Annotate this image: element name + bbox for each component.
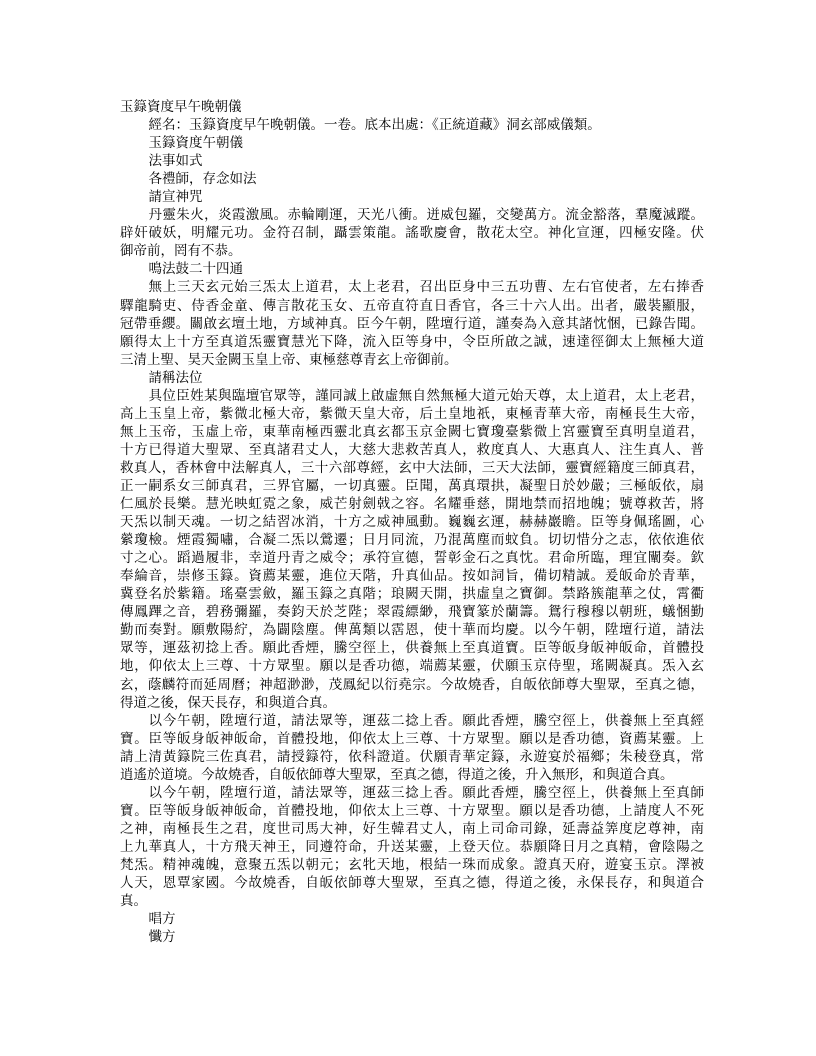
text-line: 請上清黃籙院三佐真君，請授籙符，依科證道。伏願青華定籙，永遊宴於福鄉；朱稜登真，…	[120, 748, 704, 766]
text-line: 之神，南極長生之君，度世司馬大神，好生韓君丈人，南上司命司錄，延壽益筭度戹尊神，…	[120, 820, 704, 838]
text-line: 得道之後，保天長存，和與道合真。	[120, 694, 704, 712]
text-line: 冀登名於紫籍。瑤臺雲斂，羅玉籙之真階；琅闕天開，拱虛皇之寶御。禁路簇龍華之仗，霄…	[120, 585, 704, 603]
text-line: 正一嗣系女三師真君，三界官屬，一切真靈。臣聞，萬真環拱，凝聖日於妙嚴；三極皈依，…	[120, 477, 704, 495]
text-line: 上九華真人，十方飛天神王，同遵符命，升送某靈，上登天位。恭願降日月之真精，會陰陽…	[120, 838, 704, 856]
text-line: 人天，恩覃家國。今故燒香，自皈依師尊大聖眾，至真之德，得道之後，永保長存，和與道…	[120, 874, 704, 892]
paragraph: 以今午朝，陞壇行道，請法眾等，運茲三捻上香。願此香煙，騰空徑上，供養無上至真師 …	[120, 784, 704, 910]
text-line: 梵炁。精神魂魄，意聚五炁以朝元；玄牝天地，根結一珠而成象。證真天府，遊宴玉京。澤…	[120, 856, 704, 874]
text-line: 丹靈朱火，炎霞激風。赤輪剛運，天光八衝。迸威包羅，交變萬方。流金豁落，羣魔滅蹤。	[120, 206, 704, 224]
text-line: 以今午朝，陞壇行道，請法眾等，運茲三捻上香。願此香煙，騰空徑上，供養無上至真師	[120, 784, 704, 802]
document-page: 玉籙資度早午晚朝儀 經名：玉籙資度早午晚朝儀。一卷。底本出處：《正統道藏》洞玄部…	[0, 0, 816, 1056]
text-line: 仁風於長樂。慧光映虹霓之象，威芒射劍戟之容。名耀垂慈，開地禁而招地魄；號尊救苦，…	[120, 495, 704, 513]
text-line: 以今午朝，陞壇行道，請法眾等，運茲二捻上香。願此香煙，騰空徑上，供養無上至真經	[120, 712, 704, 730]
text-line: 地，仰依太上三尊、十方眾聖。願以是香功德，端薦某靈，伏願玉京侍聖，瑤闕凝真。炁入…	[120, 657, 704, 675]
text-line: 勤而奏對。願敷陽紵，為闢陰塵。俾萬類以霑恩，使十華而均慶。以今午朝，陞壇行道，請…	[120, 621, 704, 639]
paragraph: 丹靈朱火，炎霞激風。赤輪剛運，天光八衝。迸威包羅，交變萬方。流金豁落，羣魔滅蹤。…	[120, 206, 704, 260]
section-heading: 法事如式	[120, 152, 704, 170]
text-line: 眾等，運茲初捻上香。願此香煙，騰空徑上，供養無上至真道寶。臣等皈身皈神皈命，首體…	[120, 639, 704, 657]
text-line: 寶。臣等皈身皈神皈命，首體投地，仰依太上三尊、十方眾聖。願以是香功德，上請度人不…	[120, 802, 704, 820]
section-heading: 各禮師，存念如法	[120, 170, 704, 188]
document-subtitle: 玉籙資度午朝儀	[120, 134, 704, 152]
text-line: 救真人，香林會中法解真人，三十六部尊經，玄中大法師，三天大法師，靈寶經籍度三師真…	[120, 459, 704, 477]
text-line: 寶。臣等皈身皈神皈命，首體投地，仰依太上三尊、十方眾聖。願以是香功德，資薦某靈。…	[120, 730, 704, 748]
section-heading: 請宣神咒	[120, 188, 704, 206]
text-line: 冠帶垂纓。關啟玄壇土地，方域神真。臣今午朝，陞壇行道，謹奏為入意其諸忱悃，已錄告…	[120, 315, 704, 333]
text-line: 無上三天玄元始三炁太上道君，太上老君，召出臣身中三五功曹、左右官使者，左右捧香	[120, 278, 704, 296]
text-line: 驛龍騎吏、侍香金童、傳言散花玉女、五帝直符直日香官，各三十六人出。出者，嚴裝顯服…	[120, 297, 704, 315]
text-line: 高上玉皇上帝，紫微北極大帝，紫微天皇大帝，后土皇地祇，東極青華大帝，南極長生大帝…	[120, 405, 704, 423]
section-heading: 唱方	[120, 910, 704, 928]
section-heading: 請稱法位	[120, 369, 704, 387]
text-line: 奉綸音，崇修玉籙。資薦某靈，進位天階，升真仙品。按如詞旨，備切精誠。爰皈命於青華…	[120, 567, 704, 585]
paragraph: 具位臣姓某與臨壇官眾等，謹同誠上啟虛無自然無極大道元始天尊，太上道君，太上老君，…	[120, 387, 704, 712]
text-line: 寸之心。蹈過履非，幸道丹青之威令；承符宣德，誓彰金石之真忱。君命所臨，理宜闡奏。…	[120, 549, 704, 567]
source-note: 經名：玉籙資度早午晚朝儀。一卷。底本出處：《正統道藏》洞玄部威儀類。	[120, 116, 704, 134]
text-line: 辟奸破妖，明耀元功。金符召制，躡雲策龍。謠歌慶會，散花太空。神化宣運，四極安隆。…	[120, 224, 704, 242]
text-line: 御帝前，罔有不恭。	[120, 242, 704, 260]
text-line: 天炁以制天魂。一切之結習冰消，十方之威神風動。巍巍玄運，赫赫巖瞻。臣等身佩瑤圖，…	[120, 513, 704, 531]
text-line: 十方已得道大聖眾、至真諸君丈人，大慈大悲救苦真人，救度真人、大惠真人、注生真人、…	[120, 441, 704, 459]
document-body: 玉籙資度早午晚朝儀 經名：玉籙資度早午晚朝儀。一卷。底本出處：《正統道藏》洞玄部…	[120, 98, 704, 946]
text-line: 願得太上十方至真道炁靈寶慧光下降，流入臣等身中，令臣所啟之誠，速達徑御太上無極大…	[120, 333, 704, 351]
text-line: 具位臣姓某與臨壇官眾等，謹同誠上啟虛無自然無極大道元始天尊，太上道君，太上老君，	[120, 387, 704, 405]
text-line: 傳鳳蹕之音，碧務彌羅，奏鈞天於芝陛；翠霞縹緲，飛寶篆於蘭籌。鴛行穆穆以朝班，蟻悃…	[120, 603, 704, 621]
text-line: 逍遙於道境。今故燒香，自皈依師尊大聖眾，至真之德，得道之後，升入無形，和與道合真…	[120, 766, 704, 784]
section-heading: 鳴法鼓二十四通	[120, 260, 704, 278]
paragraph: 以今午朝，陞壇行道，請法眾等，運茲二捻上香。願此香煙，騰空徑上，供養無上至真經 …	[120, 712, 704, 784]
section-heading: 懺方	[120, 928, 704, 946]
paragraph: 無上三天玄元始三炁太上道君，太上老君，召出臣身中三五功曹、左右官使者，左右捧香 …	[120, 278, 704, 368]
document-title: 玉籙資度早午晚朝儀	[120, 98, 704, 116]
text-line: 無上玉帝，玉虛上帝，東華南極西靈北真玄都玉京金闕七寶瓊臺紫微上宮靈寶至真明皇道君…	[120, 423, 704, 441]
text-line: 玄，蔭麟符而延周曆；神超渺渺，茂鳳紀以衍堯宗。今故燒香，自皈依師尊大聖眾，至真之…	[120, 676, 704, 694]
text-line: 真。	[120, 892, 704, 910]
text-line: 縈瓊檢。煙霞獨嘯，合凝二炁以鶯遷；日月同流，乃混萬塵而蚊負。切切惜分之志，依依進…	[120, 531, 704, 549]
text-line: 三清上聖、昊天金闕玉皇上帝、東極慈尊青玄上帝御前。	[120, 351, 704, 369]
